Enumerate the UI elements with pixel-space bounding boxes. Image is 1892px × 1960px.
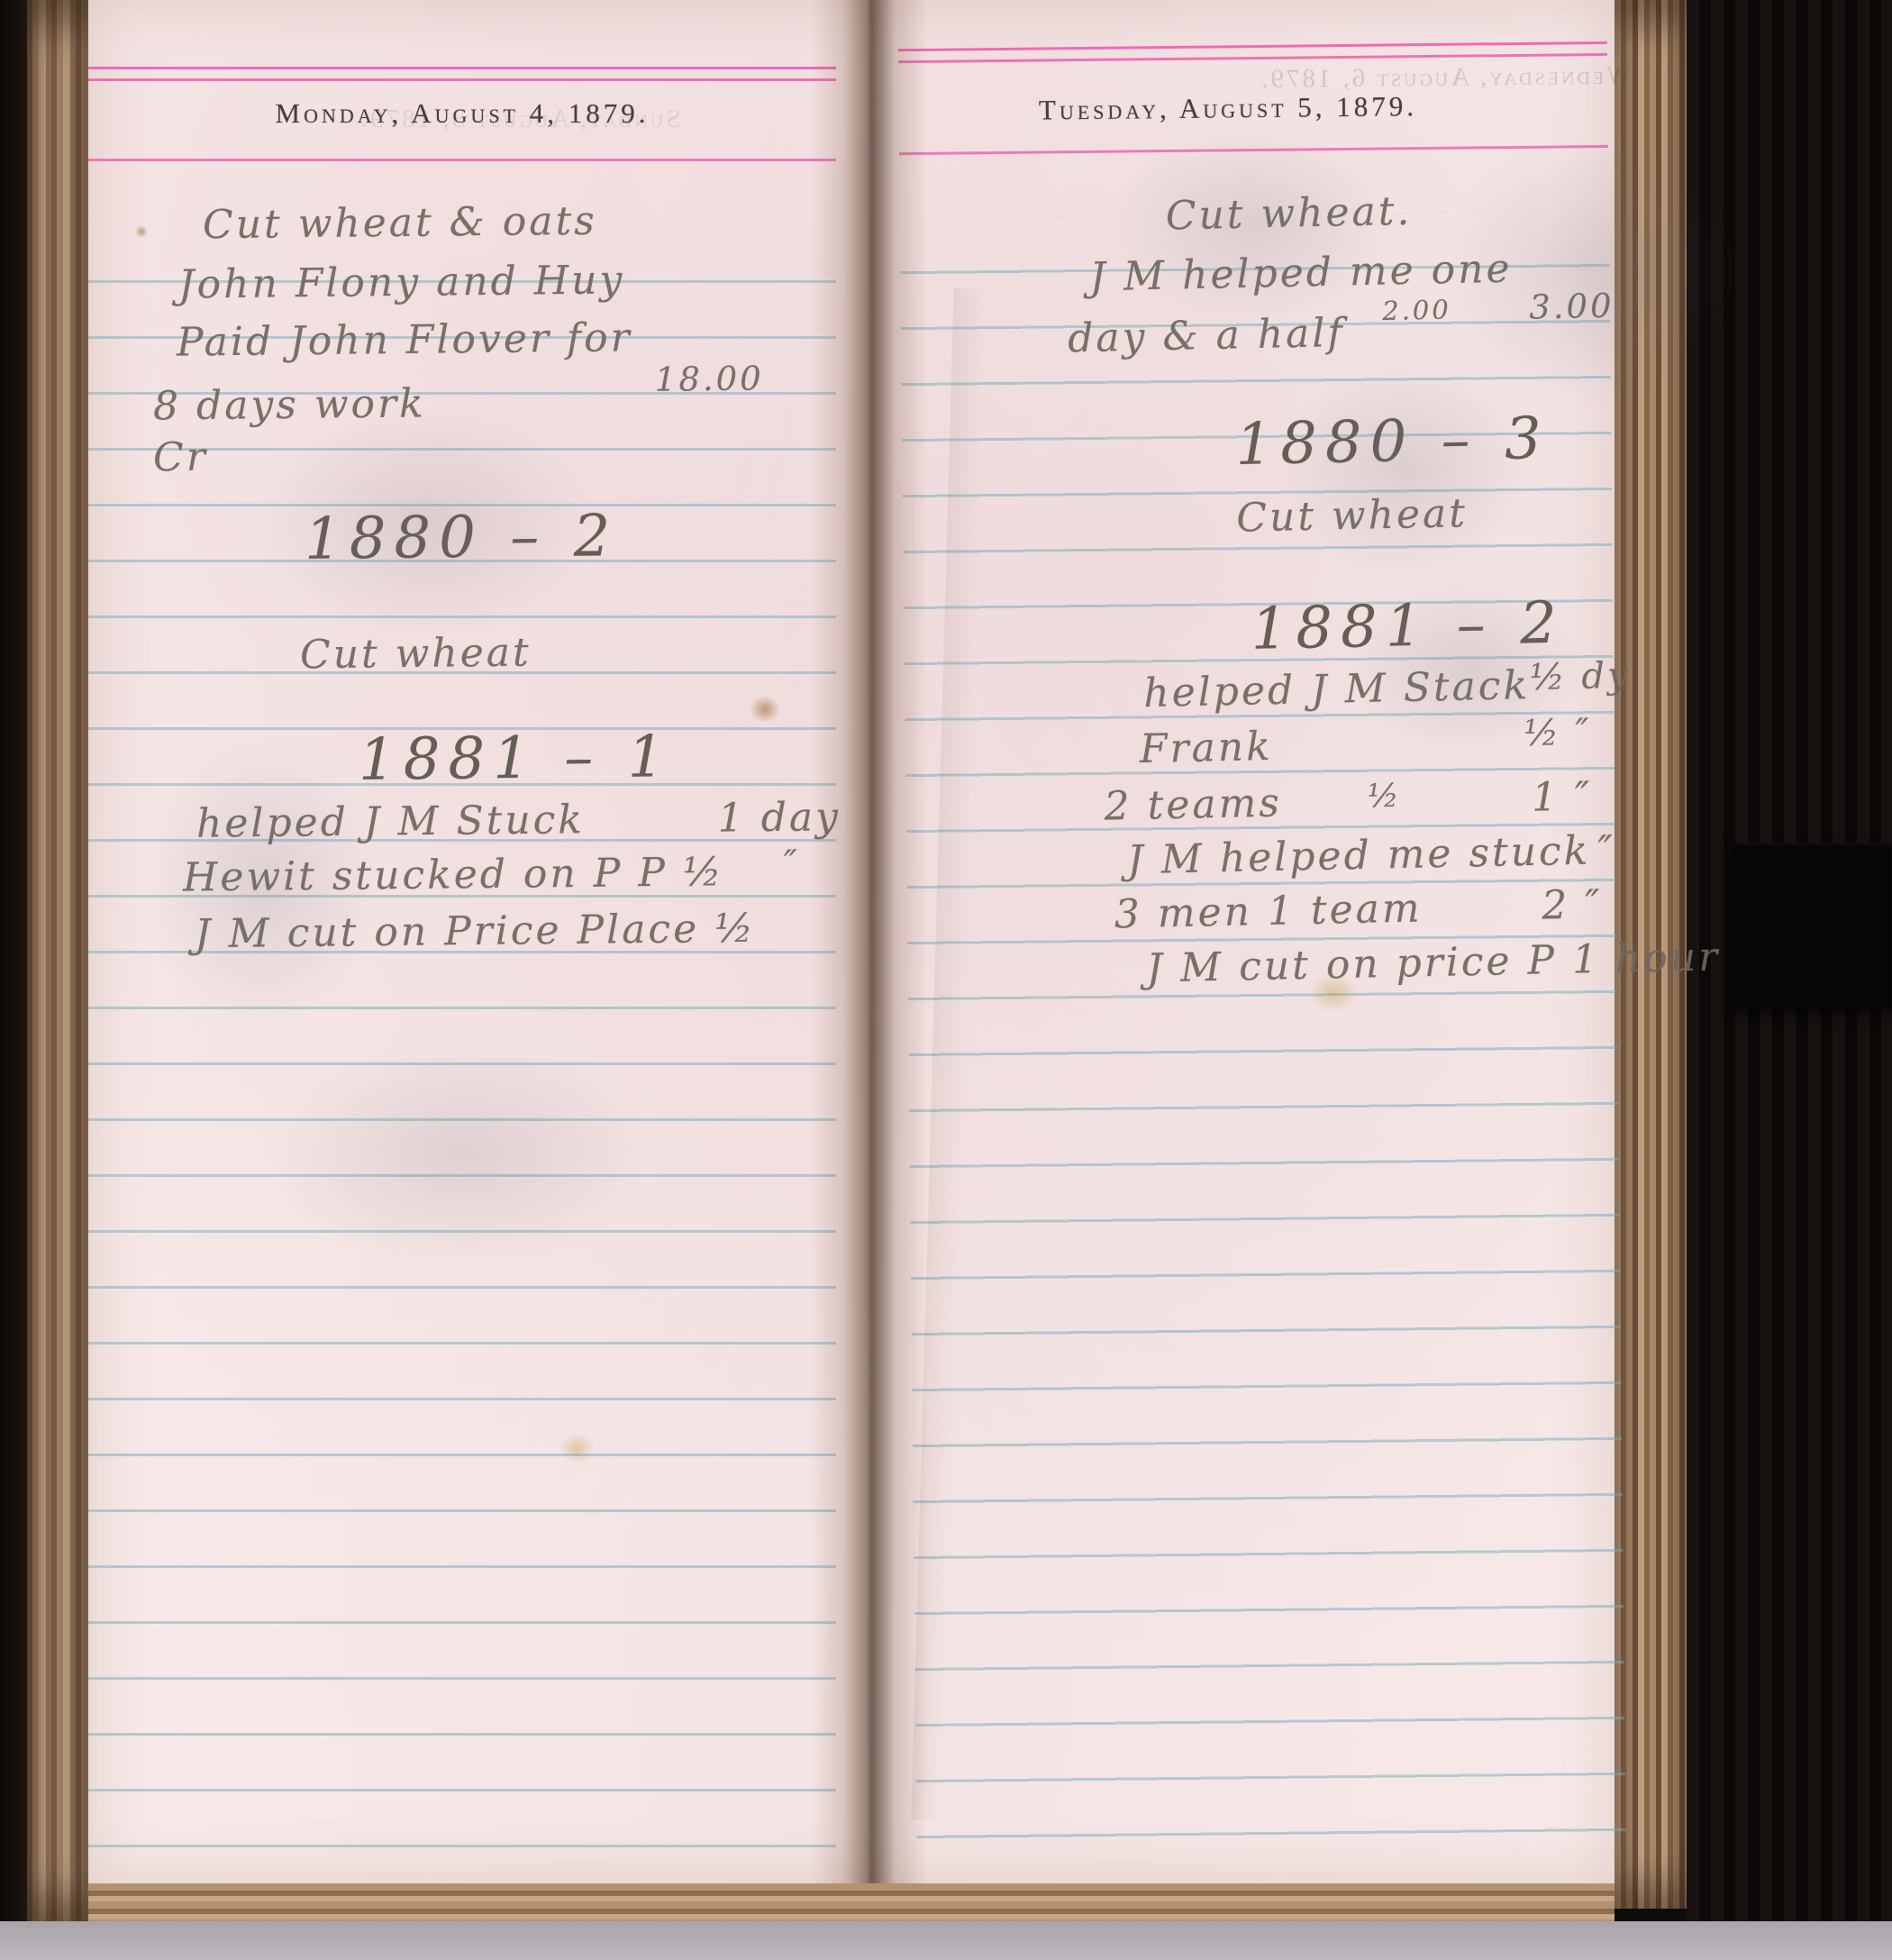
handwriting-text: J M cut on Price Place ½: [195, 906, 756, 958]
right-page: Wednesday, August 6, 1879. Tuesday, Augu…: [905, 0, 1615, 1883]
handwriting-text: Cr: [153, 434, 208, 481]
handwriting-text: 2 teams: [1104, 780, 1282, 830]
handwriting-amount: 2 ″: [1542, 881, 1603, 928]
handwriting-text: J M helped me stuck: [1127, 828, 1591, 884]
pink-ruled-line: [88, 159, 836, 161]
handwriting-text: 8 days work: [153, 380, 426, 429]
handwriting-text: Paid John Flover for: [177, 315, 632, 365]
handwriting-text: Frank: [1139, 724, 1273, 772]
handwritten-year-heading: 1881 – 1: [359, 724, 673, 794]
handwritten-line: Cut wheat.: [1165, 188, 1413, 240]
book-gutter-shadow: [811, 0, 928, 1883]
handwriting-text: 1881 – 1: [359, 724, 673, 794]
handwritten-line: Cut wheat: [300, 630, 532, 679]
handwriting-amount: 1 ″: [1532, 773, 1593, 820]
handwritten-year-heading: 1881 – 2: [1251, 590, 1566, 663]
handwriting-amount: ½: [1367, 778, 1402, 816]
handwritten-line: Cut wheat & oats: [203, 198, 597, 249]
handwritten-line: J M cut on Price Place ½: [195, 906, 756, 958]
pink-ruled-line: [899, 145, 1608, 155]
handwritten-line: J M helped me one: [1089, 246, 1513, 301]
handwriting-text: 1880 – 2: [305, 503, 619, 573]
handwritten-line: Frank ½ ″: [1139, 717, 1592, 773]
pink-ruled-line-double: [898, 41, 1607, 63]
handwriting-amount: 18.00: [655, 359, 764, 398]
handwriting-amount: 3.00: [1529, 287, 1615, 327]
handwriting-text: J M helped me one: [1089, 246, 1513, 301]
handwriting-text: Cut wheat & oats: [203, 198, 597, 249]
diary-scan: Sunday, August 3, 1879. Monday, August 4…: [0, 0, 1892, 1960]
handwritten-line: Cr: [153, 434, 208, 481]
handwriting-amount: ½ ″: [1524, 712, 1592, 755]
handwritten-line: helped J M Stuck 1 day: [196, 794, 841, 846]
left-page: Sunday, August 3, 1879. Monday, August 4…: [88, 0, 836, 1883]
handwriting-text: day & a half: [1068, 310, 1346, 361]
handwriting-amount: ″: [784, 843, 800, 884]
diary-book: Sunday, August 3, 1879. Monday, August 4…: [0, 0, 1892, 1921]
handwritten-line: John Flony and Huy: [178, 257, 625, 307]
handwritten-line: Hewit stucked on P P ½ ″: [183, 848, 800, 900]
handwriting-text: Hewit stucked on P P ½: [183, 849, 724, 900]
cover-strap: [1728, 843, 1892, 1009]
handwriting-amount: ½ dy: [1529, 655, 1631, 698]
left-page-edges: [27, 0, 88, 1921]
handwritten-line: Paid John Flover for: [177, 315, 632, 365]
handwriting-text: 3 men 1 team: [1114, 885, 1423, 937]
handwritten-line: Cut wheat: [1236, 490, 1469, 541]
bottom-page-edges: [88, 1883, 1615, 1921]
handwriting-amount: ″: [1597, 827, 1616, 873]
handwritten-line: 8 days work 18.00: [153, 377, 764, 429]
handwriting-text: helped J M Stuck: [196, 797, 585, 847]
book-left-edge: [0, 0, 27, 1921]
handwriting-text: Cut wheat: [300, 630, 532, 679]
handwriting-text: Cut wheat.: [1165, 188, 1413, 240]
handwriting-text: Cut wheat: [1236, 490, 1469, 541]
handwriting-text: helped J M Stack: [1143, 662, 1531, 716]
handwriting-text: 1881 – 2: [1251, 590, 1566, 663]
handwritten-year-heading: 1880 – 2: [305, 503, 619, 573]
left-page-date-header: Monday, August 4, 1879.: [88, 97, 836, 130]
pink-ruled-line-double: [88, 67, 836, 81]
scanner-bed-strip: [0, 1921, 1892, 1960]
right-page-date-header: Tuesday, August 5, 1879.: [873, 88, 1582, 128]
handwriting-amount: 2.00: [1382, 294, 1451, 326]
handwriting-text: 1880 – 3: [1235, 406, 1551, 479]
handwriting-text: John Flony and Huy: [178, 257, 625, 307]
handwritten-year-heading: 1880 – 3: [1235, 406, 1551, 479]
handwritten-line: helped J M Stack ½ dy: [1143, 661, 1615, 716]
